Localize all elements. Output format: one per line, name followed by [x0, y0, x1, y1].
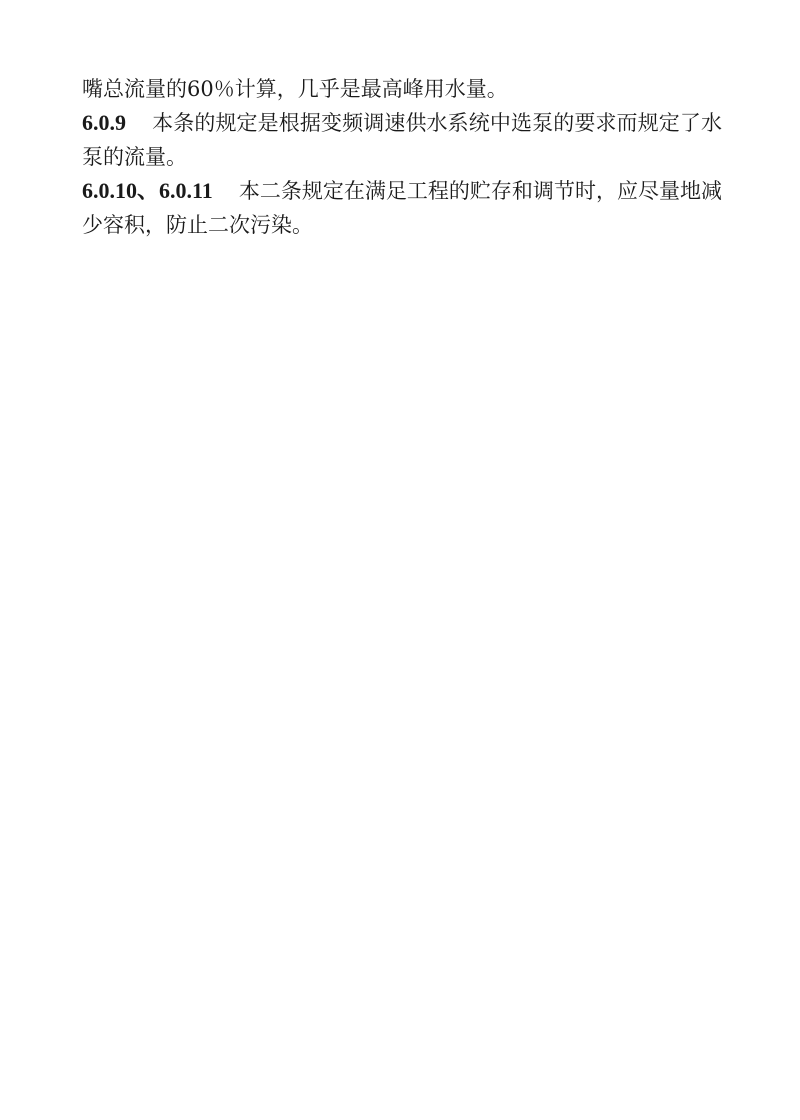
paragraph-continuation: 嘴总流量的60％计算，几乎是最高峰用水量。	[82, 72, 722, 106]
clause-number: 6.0.9	[82, 110, 126, 135]
paragraph-clause-6-0-10-11: 6.0.10、6.0.11本二条规定在满足工程的贮存和调节时，应尽量地减少容积，…	[82, 174, 722, 242]
paragraph-text: 嘴总流量的60％计算，几乎是最高峰用水量。	[82, 77, 508, 101]
clause-number: 6.0.10、6.0.11	[82, 178, 213, 203]
paragraph-text: 本条的规定是根据变频调速供水系统中选泵的要求而规定了水泵的流量。	[82, 111, 722, 169]
document-page: 嘴总流量的60％计算，几乎是最高峰用水量。 6.0.9本条的规定是根据变频调速供…	[82, 72, 722, 242]
paragraph-clause-6-0-9: 6.0.9本条的规定是根据变频调速供水系统中选泵的要求而规定了水泵的流量。	[82, 106, 722, 174]
